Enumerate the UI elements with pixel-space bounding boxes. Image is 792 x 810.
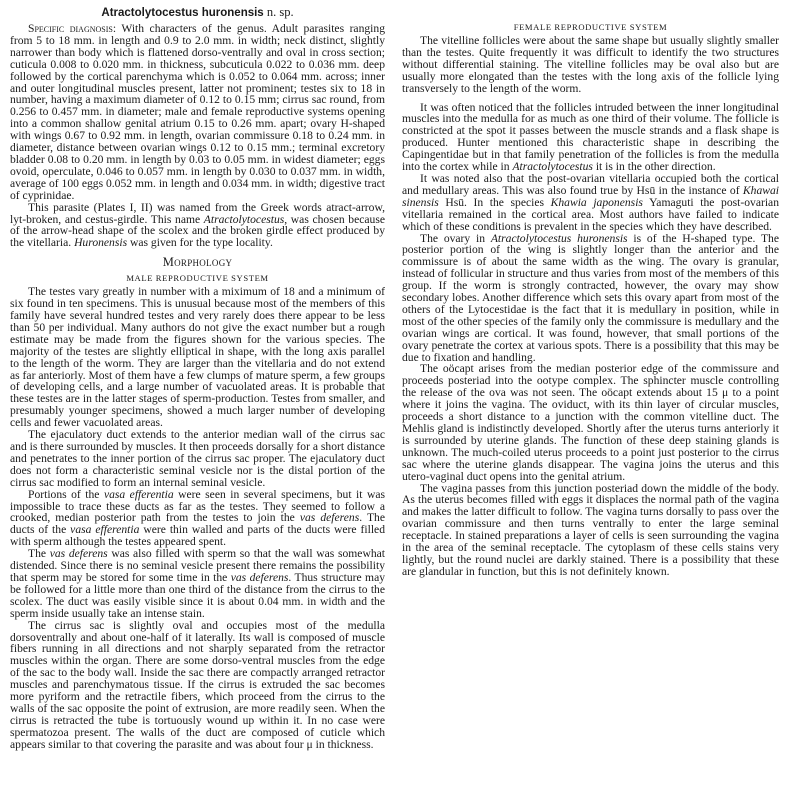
species-suffix: n. sp. (264, 5, 294, 19)
vitelline-paragraph: The vitelline follicles were about the s… (402, 35, 779, 95)
species-title: Atractolytocestus huronensis n. sp. (10, 5, 385, 20)
oocapt-paragraph: The oöcapt arises from the median poster… (402, 363, 779, 482)
ejaculatory-duct-paragraph: The ejaculatory duct extends to the ante… (10, 429, 385, 489)
species-name: Atractolytocestus huronensis (101, 7, 263, 19)
male-reproductive-heading: male reproductive system (10, 273, 385, 284)
ovary-paragraph: The ovary in Atractolytocestus huronensi… (402, 233, 779, 364)
post-ovarian-paragraph: It was noted also that the post-ovarian … (402, 173, 779, 233)
vagina-paragraph: The vagina passes from this junction pos… (402, 483, 779, 578)
left-column: Atractolytocestus huronensis n. sp. Spec… (10, 0, 385, 751)
right-column: female reproductive system The vitelline… (402, 0, 779, 578)
vasa-efferentia-paragraph: Portions of the vasa efferentia were see… (10, 489, 385, 549)
vas-deferens-paragraph: The vas deferens was also filled with sp… (10, 548, 385, 619)
specific-diagnosis-paragraph: Specific diagnosis: With characters of t… (10, 23, 385, 202)
female-reproductive-heading: female reproductive system (402, 22, 779, 33)
morphology-heading: Morphology (10, 256, 385, 269)
paper-page: Atractolytocestus huronensis n. sp. Spec… (0, 0, 792, 810)
follicle-intrusion-paragraph: It was often noticed that the follicles … (402, 102, 779, 173)
text-run: is of the H-shaped type. The posterior p… (402, 232, 779, 364)
text-run: It was noted also that the post-ovarian … (402, 172, 779, 197)
text-run: was given for the type locality. (127, 236, 273, 249)
cirrus-sac-paragraph: The cirrus sac is slightly oval and occu… (10, 620, 385, 751)
species-epithet: Huronensis (74, 236, 127, 249)
testes-paragraph: The testes vary greatly in number with a… (10, 286, 385, 429)
diagnosis-text: With characters of the genus. Adult para… (10, 22, 385, 202)
etymology-paragraph: This parasite (Plates I, II) was named f… (10, 202, 385, 250)
